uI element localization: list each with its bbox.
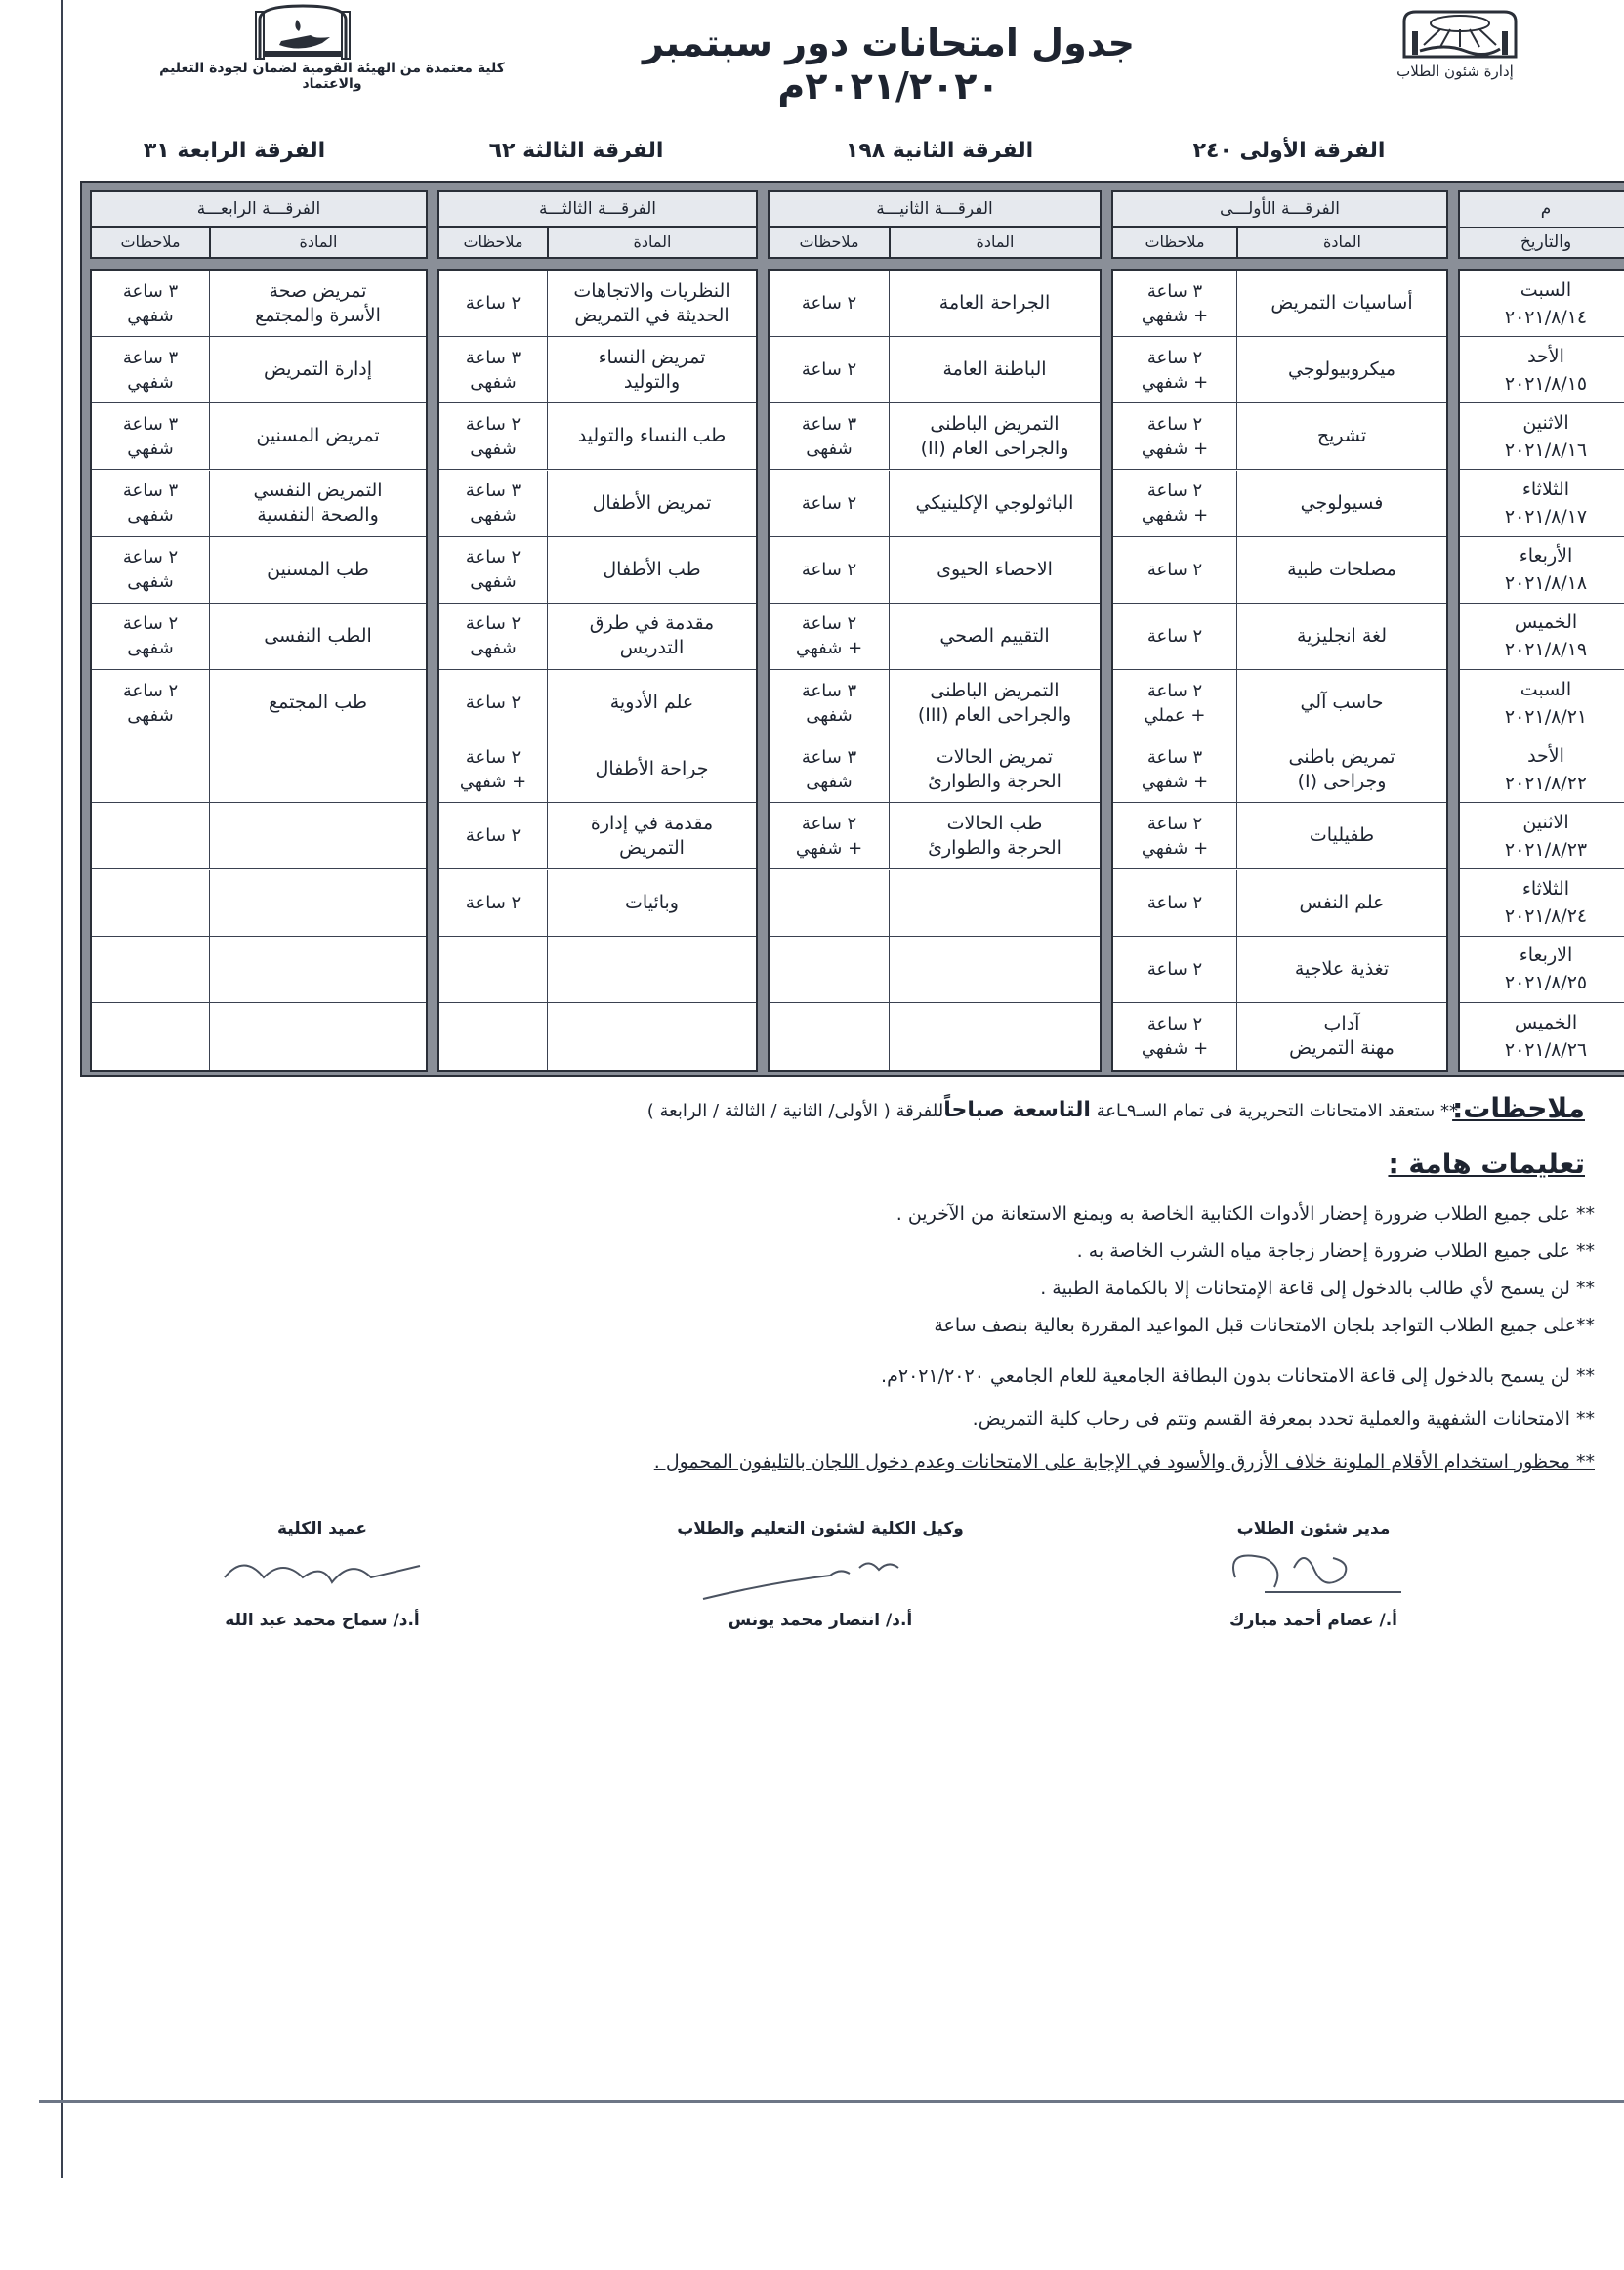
date-cell: السبت٢٠٢١/٨/٢١ bbox=[1460, 670, 1624, 736]
grade-count-fourth: الفرقة الرابعة ٣١ bbox=[107, 139, 361, 163]
table-row: تغذية علاجية٢ ساعة bbox=[1113, 937, 1446, 1003]
exam-date: ٢٠٢١/٨/٢٥ bbox=[1505, 972, 1587, 993]
date-column-body: السبت٢٠٢١/٨/١٤الأحد٢٠٢١/٨/١٥الاثنين٢٠٢١/… bbox=[1458, 269, 1624, 1072]
notes-cell bbox=[92, 870, 209, 936]
notes-cell: ٢ ساعة + شفهي bbox=[1113, 471, 1236, 536]
day-name: الثلاثاء bbox=[1522, 479, 1569, 500]
signature-title: مدير شئون الطلاب bbox=[1157, 1519, 1470, 1538]
table-row bbox=[92, 1003, 426, 1070]
instruction-item: ** على جميع الطلاب ضرورة إحضار زجاجة ميا… bbox=[1077, 1240, 1595, 1262]
table-row bbox=[770, 1003, 1100, 1070]
table-row: إدارة التمريض٣ ساعة شفهي bbox=[92, 337, 426, 403]
date-cell: الأربعاء٢٠٢١/٨/١٨ bbox=[1460, 537, 1624, 603]
table-row: تمريض النساء والتوليد٣ ساعة شفهى bbox=[439, 337, 756, 403]
notes-header: ملاحظات bbox=[770, 228, 889, 259]
notes-cell: ٣ ساعة شفهى bbox=[439, 337, 547, 402]
handwritten-signature-icon bbox=[205, 1538, 439, 1607]
day-name: الثلاثاء bbox=[1522, 878, 1569, 900]
exam-date: ٢٠٢١/٨/٢٢ bbox=[1505, 773, 1587, 794]
date-header-line1: م bbox=[1460, 192, 1624, 228]
subject-cell: فسيولوجي bbox=[1236, 471, 1446, 536]
notes-cell: ٢ ساعة شفهى bbox=[439, 604, 547, 669]
notes-cell: ٢ ساعة شفهى bbox=[92, 537, 209, 603]
notes-cell: ٢ ساعة bbox=[439, 271, 547, 336]
table-row: الثلاثاء٢٠٢١/٨/٢٤ bbox=[1460, 870, 1624, 937]
table-row: الأحد٢٠٢١/٨/١٥ bbox=[1460, 337, 1624, 403]
table-row: الطب النفسى٢ ساعة شفهى bbox=[92, 604, 426, 670]
subject-cell: تشريح bbox=[1236, 403, 1446, 469]
instruction-item: ** محظور استخدام الأقلام الملونة خلاف ال… bbox=[654, 1451, 1595, 1473]
subject-cell: تمريض صحة الأسرة والمجتمع bbox=[209, 271, 426, 336]
table-row: الاربعاء٢٠٢١/٨/٢٥ bbox=[1460, 937, 1624, 1003]
exam-date: ٢٠٢١/٨/٢٤ bbox=[1505, 905, 1587, 927]
group-fourth-body: تمريض صحة الأسرة والمجتمع٣ ساعة شفهيإدار… bbox=[90, 269, 428, 1072]
instructions-heading: تعليمات هامة : bbox=[1388, 1148, 1585, 1180]
notes-cell: ٢ ساعة شفهى bbox=[92, 604, 209, 669]
exam-date: ٢٠٢١/٨/١٤ bbox=[1505, 307, 1587, 328]
notes-cell: ٣ ساعة + شفهي bbox=[1113, 271, 1236, 336]
table-row: التمريض الباطنى والجراحى العام (III)٣ سا… bbox=[770, 670, 1100, 736]
student-affairs-caption: إدارة شئون الطلاب bbox=[1348, 63, 1562, 80]
table-row: التمريض النفسي والصحة النفسية٣ ساعة شفهى bbox=[92, 471, 426, 537]
subject-cell: آداب مهنة التمريض bbox=[1236, 1003, 1446, 1070]
notes-text-after: للفرقة ( الأولى/ الثانية / الثالثة / الر… bbox=[647, 1101, 943, 1121]
notes-cell: ٢ ساعة bbox=[770, 271, 889, 336]
subject-cell: علم الأدوية bbox=[547, 670, 756, 736]
notes-cell bbox=[92, 736, 209, 802]
day-name: الاربعاء bbox=[1520, 945, 1572, 966]
instruction-item: ** لن يسمح بالدخول إلى قاعة الامتحانات ب… bbox=[881, 1366, 1595, 1387]
exam-date: ٢٠٢١/٨/١٧ bbox=[1505, 506, 1587, 527]
group-fourth-title: الفرقـــة الرابعـــة bbox=[92, 192, 426, 228]
subject-cell bbox=[209, 1003, 426, 1070]
notes-header: ملاحظات bbox=[1113, 228, 1236, 259]
instruction-item: ** الامتحانات الشفهية والعملية تحدد بمعر… bbox=[973, 1408, 1595, 1430]
subject-cell bbox=[889, 1003, 1100, 1070]
notes-cell: ٢ ساعة bbox=[439, 803, 547, 868]
table-row: تمريض باطنى وجراحى (I)٣ ساعة + شفهي bbox=[1113, 736, 1446, 803]
table-row: التمريض الباطنى والجراحى العام (II)٣ ساع… bbox=[770, 403, 1100, 470]
group-second-header: الفرقـــة الثانيـــة المادة ملاحظات bbox=[768, 190, 1102, 259]
subject-cell: تمريض باطنى وجراحى (I) bbox=[1236, 736, 1446, 802]
subject-header: المادة bbox=[547, 228, 756, 259]
subject-cell bbox=[209, 937, 426, 1002]
table-row: الجراحة العامة٢ ساعة bbox=[770, 271, 1100, 337]
group-first-body: أساسيات التمريض٣ ساعة + شفهيميكروبيولوجي… bbox=[1111, 269, 1448, 1072]
subject-cell: لغة انجليزية bbox=[1236, 604, 1446, 669]
table-row: طب المسنين٢ ساعة شفهى bbox=[92, 537, 426, 604]
subject-cell: الاحصاء الحيوى bbox=[889, 537, 1100, 603]
notes-heading: ملاحظات: bbox=[1452, 1092, 1585, 1124]
table-row: لغة انجليزية٢ ساعة bbox=[1113, 604, 1446, 670]
date-cell: السبت٢٠٢١/٨/١٤ bbox=[1460, 271, 1624, 336]
table-row bbox=[439, 937, 756, 1003]
table-row bbox=[770, 937, 1100, 1003]
notes-cell bbox=[92, 803, 209, 868]
notes-cell bbox=[770, 870, 889, 936]
group-first-header: الفرقـــة الأولـــى المادة ملاحظات bbox=[1111, 190, 1448, 259]
table-row: حاسب آلي٢ ساعة + عملي bbox=[1113, 670, 1446, 736]
table-row: السبت٢٠٢١/٨/٢١ bbox=[1460, 670, 1624, 736]
page-title: جدول امتحانات دور سبتمبر ٢٠٢١/٢٠٢٠م bbox=[586, 21, 1191, 107]
day-name: السبت bbox=[1520, 279, 1571, 301]
notes-cell: ٢ ساعة + شفهي bbox=[1113, 337, 1236, 402]
table-row: طب الحالات الحرجة والطوارئ٢ ساعة + شفهي bbox=[770, 803, 1100, 869]
notes-cell bbox=[92, 1003, 209, 1070]
date-header-line2: والتاريخ bbox=[1460, 228, 1624, 257]
table-row: الخميس٢٠٢١/٨/١٩ bbox=[1460, 604, 1624, 670]
subject-cell: تغذية علاجية bbox=[1236, 937, 1446, 1002]
subject-cell: طب المسنين bbox=[209, 537, 426, 603]
date-cell: الخميس٢٠٢١/٨/٢٦ bbox=[1460, 1003, 1624, 1070]
subject-cell: طب الأطفال bbox=[547, 537, 756, 603]
subject-cell bbox=[209, 736, 426, 802]
notes-cell: ٣ ساعة شفهي bbox=[92, 271, 209, 336]
notes-cell: ٢ ساعة bbox=[1113, 937, 1236, 1002]
handwritten-signature-icon bbox=[693, 1538, 947, 1607]
subject-cell: الجراحة العامة bbox=[889, 271, 1100, 336]
notes-header: ملاحظات bbox=[92, 228, 209, 259]
exam-date: ٢٠٢١/٨/١٩ bbox=[1505, 639, 1587, 660]
subject-cell: طب الحالات الحرجة والطوارئ bbox=[889, 803, 1100, 868]
notes-cell bbox=[439, 937, 547, 1002]
table-row: الخميس٢٠٢١/٨/٢٦ bbox=[1460, 1003, 1624, 1070]
notes-cell: ٣ ساعة شفهى bbox=[770, 736, 889, 802]
subject-cell: التمريض النفسي والصحة النفسية bbox=[209, 471, 426, 536]
exam-date: ٢٠٢١/٨/١٥ bbox=[1505, 373, 1587, 395]
subject-cell: مقدمة في طرق التدريس bbox=[547, 604, 756, 669]
notes-cell bbox=[92, 937, 209, 1002]
table-row: علم النفس٢ ساعة bbox=[1113, 870, 1446, 937]
day-name: الأحد bbox=[1527, 745, 1564, 767]
subject-cell: الطب النفسى bbox=[209, 604, 426, 669]
table-row: طب المجتمع٢ ساعة شفهى bbox=[92, 670, 426, 736]
subject-cell bbox=[889, 870, 1100, 936]
table-row bbox=[92, 937, 426, 1003]
notes-cell: ٣ ساعة + شفهي bbox=[1113, 736, 1236, 802]
instruction-item: ** على جميع الطلاب ضرورة إحضار الأدوات ا… bbox=[896, 1203, 1595, 1225]
subject-cell: تمريض الأطفال bbox=[547, 471, 756, 536]
notes-cell: ٢ ساعة + شفهي bbox=[439, 736, 547, 802]
notes-cell: ٢ ساعة + شفهي bbox=[770, 604, 889, 669]
notes-cell: ٢ ساعة + شفهي bbox=[1113, 803, 1236, 868]
day-name: السبت bbox=[1520, 679, 1571, 700]
notes-cell: ٢ ساعة bbox=[1113, 604, 1236, 669]
table-row: الاحصاء الحيوى٢ ساعة bbox=[770, 537, 1100, 604]
notes-cell: ٣ ساعة شفهي bbox=[92, 403, 209, 469]
table-row: التقييم الصحي٢ ساعة + شفهي bbox=[770, 604, 1100, 670]
table-row: أساسيات التمريض٣ ساعة + شفهي bbox=[1113, 271, 1446, 337]
table-row: مقدمة في طرق التدريس٢ ساعة شفهى bbox=[439, 604, 756, 670]
subject-cell: طفيليات bbox=[1236, 803, 1446, 868]
notes-cell: ٢ ساعة + شفهي bbox=[1113, 1003, 1236, 1070]
grade-count-first: الفرقة الأولى ٢٤٠ bbox=[1162, 139, 1416, 163]
subject-cell: التقييم الصحي bbox=[889, 604, 1100, 669]
subject-cell: إدارة التمريض bbox=[209, 337, 426, 402]
table-row: النظريات والاتجاهات الحديثة في التمريض٢ … bbox=[439, 271, 756, 337]
table-row: مقدمة في إدارة التمريض٢ ساعة bbox=[439, 803, 756, 869]
table-row bbox=[92, 803, 426, 869]
subject-header: المادة bbox=[889, 228, 1100, 259]
table-row: الباطنة العامة٢ ساعة bbox=[770, 337, 1100, 403]
date-cell: الاثنين٢٠٢١/٨/١٦ bbox=[1460, 403, 1624, 469]
table-row: آداب مهنة التمريض٢ ساعة + شفهي bbox=[1113, 1003, 1446, 1070]
table-row: مصلحات طبية٢ ساعة bbox=[1113, 537, 1446, 604]
table-row: تمريض الحالات الحرجة والطوارئ٣ ساعة شفهى bbox=[770, 736, 1100, 803]
signature-name: أ.د/ سماح محمد عبد الله bbox=[166, 1611, 479, 1630]
notes-cell: ٢ ساعة + عملي bbox=[1113, 670, 1236, 736]
subject-cell bbox=[209, 803, 426, 868]
group-third-body: النظريات والاتجاهات الحديثة في التمريض٢ … bbox=[437, 269, 758, 1072]
exam-date: ٢٠٢١/٨/٢١ bbox=[1505, 706, 1587, 728]
notes-cell bbox=[439, 1003, 547, 1070]
date-cell: الاثنين٢٠٢١/٨/٢٣ bbox=[1460, 803, 1624, 868]
table-row: تمريض المسنين٣ ساعة شفهي bbox=[92, 403, 426, 470]
day-name: الأربعاء bbox=[1520, 545, 1572, 567]
subject-cell: مقدمة في إدارة التمريض bbox=[547, 803, 756, 868]
table-row: طب الأطفال٢ ساعة شفهى bbox=[439, 537, 756, 604]
day-name: الاثنين bbox=[1522, 412, 1568, 434]
table-row: السبت٢٠٢١/٨/١٤ bbox=[1460, 271, 1624, 337]
notes-cell: ٢ ساعة bbox=[439, 670, 547, 736]
table-row bbox=[92, 870, 426, 937]
table-row: طب النساء والتوليد٢ ساعة شفهى bbox=[439, 403, 756, 470]
notes-cell: ٢ ساعة bbox=[1113, 870, 1236, 936]
notes-cell: ٣ ساعة شفهى bbox=[92, 471, 209, 536]
subject-header: المادة bbox=[1236, 228, 1446, 259]
notes-cell bbox=[770, 1003, 889, 1070]
notes-cell: ٣ ساعة شفهي bbox=[92, 337, 209, 402]
signature-title: وكيل الكلية لشئون التعليم والطلاب bbox=[664, 1519, 977, 1538]
signature-student-affairs: مدير شئون الطلاب أ./ عصام أحمد مبارك bbox=[1157, 1519, 1470, 1630]
subject-cell: تمريض النساء والتوليد bbox=[547, 337, 756, 402]
subject-cell: جراحة الأطفال bbox=[547, 736, 756, 802]
instruction-item: ** لن يسمح لأي طالب بالدخول إلى قاعة الإ… bbox=[1040, 1278, 1595, 1299]
subject-cell: علم النفس bbox=[1236, 870, 1446, 936]
group-second-title: الفرقـــة الثانيـــة bbox=[770, 192, 1100, 228]
table-row: الأربعاء٢٠٢١/٨/١٨ bbox=[1460, 537, 1624, 604]
subject-cell: طب النساء والتوليد bbox=[547, 403, 756, 469]
table-row: تشريح٢ ساعة + شفهي bbox=[1113, 403, 1446, 470]
notes-text-before: ** ستعقد الامتحانات التحريرية فى تمام ال… bbox=[1097, 1101, 1458, 1121]
exam-date: ٢٠٢١/٨/٢٦ bbox=[1505, 1039, 1587, 1061]
notes-cell: ٢ ساعة bbox=[439, 870, 547, 936]
date-column-header: م والتاريخ bbox=[1458, 190, 1624, 259]
group-fourth-header: الفرقـــة الرابعـــة المادة ملاحظات bbox=[90, 190, 428, 259]
page-border-left bbox=[61, 0, 63, 2178]
subject-cell bbox=[889, 937, 1100, 1002]
table-row bbox=[439, 1003, 756, 1070]
notes-cell: ٢ ساعة + شفهي bbox=[770, 803, 889, 868]
notes-cell: ٣ ساعة شفهى bbox=[439, 471, 547, 536]
accreditation-caption: كلية معتمدة من الهيئة القومية لضمان لجود… bbox=[137, 61, 527, 92]
day-name: الأحد bbox=[1527, 346, 1564, 367]
notes-cell: ٢ ساعة bbox=[770, 471, 889, 536]
subject-cell: وبائيات bbox=[547, 870, 756, 936]
subject-cell: الباطنة العامة bbox=[889, 337, 1100, 402]
date-cell: الخميس٢٠٢١/٨/١٩ bbox=[1460, 604, 1624, 669]
subject-cell: التمريض الباطنى والجراحى العام (III) bbox=[889, 670, 1100, 736]
table-row: تمريض الأطفال٣ ساعة شفهى bbox=[439, 471, 756, 537]
subject-cell bbox=[209, 870, 426, 936]
notes-cell: ٢ ساعة bbox=[770, 337, 889, 402]
table-row: الأحد٢٠٢١/٨/٢٢ bbox=[1460, 736, 1624, 803]
notes-cell: ٢ ساعة شفهى bbox=[439, 537, 547, 603]
subject-cell bbox=[547, 1003, 756, 1070]
group-second-body: الجراحة العامة٢ ساعةالباطنة العامة٢ ساعة… bbox=[768, 269, 1102, 1072]
subject-cell: تمريض المسنين bbox=[209, 403, 426, 469]
subject-cell: تمريض الحالات الحرجة والطوارئ bbox=[889, 736, 1100, 802]
signature-dean: عميد الكلية أ.د/ سماح محمد عبد الله bbox=[166, 1519, 479, 1630]
group-third-title: الفرقـــة الثالثـــة bbox=[439, 192, 756, 228]
university-logo-icon bbox=[1396, 8, 1523, 59]
subject-cell bbox=[547, 937, 756, 1002]
grade-count-second: الفرقة الثانية ١٩٨ bbox=[812, 139, 1066, 163]
notes-cell: ٢ ساعة شفهى bbox=[439, 403, 547, 469]
table-row: الاثنين٢٠٢١/٨/١٦ bbox=[1460, 403, 1624, 470]
subject-cell: طب المجتمع bbox=[209, 670, 426, 736]
exam-date: ٢٠٢١/٨/٢٣ bbox=[1505, 839, 1587, 861]
table-row: الاثنين٢٠٢١/٨/٢٣ bbox=[1460, 803, 1624, 869]
subject-cell: الباثولوجي الإكلينيكي bbox=[889, 471, 1100, 536]
subject-cell: أساسيات التمريض bbox=[1236, 271, 1446, 336]
subject-cell: حاسب آلي bbox=[1236, 670, 1446, 736]
table-row: الباثولوجي الإكلينيكي٢ ساعة bbox=[770, 471, 1100, 537]
table-row: ميكروبيولوجي٢ ساعة + شفهي bbox=[1113, 337, 1446, 403]
date-cell: الاربعاء٢٠٢١/٨/٢٥ bbox=[1460, 937, 1624, 1002]
subject-cell: ميكروبيولوجي bbox=[1236, 337, 1446, 402]
notes-cell: ٢ ساعة bbox=[1113, 537, 1236, 603]
table-row bbox=[92, 736, 426, 803]
table-row: طفيليات٢ ساعة + شفهي bbox=[1113, 803, 1446, 869]
date-cell: الثلاثاء٢٠٢١/٨/١٧ bbox=[1460, 471, 1624, 536]
table-row: جراحة الأطفال٢ ساعة + شفهي bbox=[439, 736, 756, 803]
notes-header: ملاحظات bbox=[439, 228, 547, 259]
notes-cell: ٢ ساعة + شفهي bbox=[1113, 403, 1236, 469]
signature-title: عميد الكلية bbox=[166, 1519, 479, 1538]
group-first-title: الفرقـــة الأولـــى bbox=[1113, 192, 1446, 228]
date-cell: الأحد٢٠٢١/٨/٢٢ bbox=[1460, 736, 1624, 802]
date-cell: الثلاثاء٢٠٢١/٨/٢٤ bbox=[1460, 870, 1624, 936]
page-border-bottom bbox=[39, 2100, 1624, 2103]
group-third-header: الفرقـــة الثالثـــة المادة ملاحظات bbox=[437, 190, 758, 259]
table-row: فسيولوجي٢ ساعة + شفهي bbox=[1113, 471, 1446, 537]
signature-name: أ.د/ انتصار محمد يونس bbox=[664, 1611, 977, 1630]
notes-cell: ٢ ساعة bbox=[770, 537, 889, 603]
day-name: الاثنين bbox=[1522, 812, 1568, 833]
day-name: الخميس bbox=[1515, 1012, 1577, 1033]
notes-cell: ٣ ساعة شفهى bbox=[770, 670, 889, 736]
date-cell: الأحد٢٠٢١/٨/١٥ bbox=[1460, 337, 1624, 402]
notes-cell: ٣ ساعة شفهى bbox=[770, 403, 889, 469]
table-row bbox=[770, 870, 1100, 937]
subject-cell: التمريض الباطنى والجراحى العام (II) bbox=[889, 403, 1100, 469]
instruction-item: **على جميع الطلاب التواجد بلجان الامتحان… bbox=[934, 1315, 1595, 1336]
exam-date: ٢٠٢١/٨/١٦ bbox=[1505, 440, 1587, 461]
notes-text-bold: التاسعة صباحاً bbox=[943, 1098, 1091, 1122]
table-row: وبائيات٢ ساعة bbox=[439, 870, 756, 937]
exam-date: ٢٠٢١/٨/١٨ bbox=[1505, 572, 1587, 594]
grade-count-third: الفرقة الثالثة ٦٢ bbox=[449, 139, 703, 163]
table-row: علم الأدوية٢ ساعة bbox=[439, 670, 756, 736]
faculty-nursing-lamp-logo-icon bbox=[242, 2, 364, 61]
notes-text: ** ستعقد الامتحانات التحريرية فى تمام ال… bbox=[647, 1098, 1458, 1122]
subject-cell: مصلحات طبية bbox=[1236, 537, 1446, 603]
subject-header: المادة bbox=[209, 228, 426, 259]
day-name: الخميس bbox=[1515, 611, 1577, 633]
handwritten-signature-icon bbox=[1206, 1538, 1421, 1607]
table-row: تمريض صحة الأسرة والمجتمع٣ ساعة شفهي bbox=[92, 271, 426, 337]
table-row: الثلاثاء٢٠٢١/٨/١٧ bbox=[1460, 471, 1624, 537]
signature-vice-dean: وكيل الكلية لشئون التعليم والطلاب أ.د/ ا… bbox=[664, 1519, 977, 1630]
notes-cell: ٢ ساعة شفهى bbox=[92, 670, 209, 736]
subject-cell: النظريات والاتجاهات الحديثة في التمريض bbox=[547, 271, 756, 336]
notes-cell bbox=[770, 937, 889, 1002]
signature-name: أ./ عصام أحمد مبارك bbox=[1157, 1611, 1470, 1630]
